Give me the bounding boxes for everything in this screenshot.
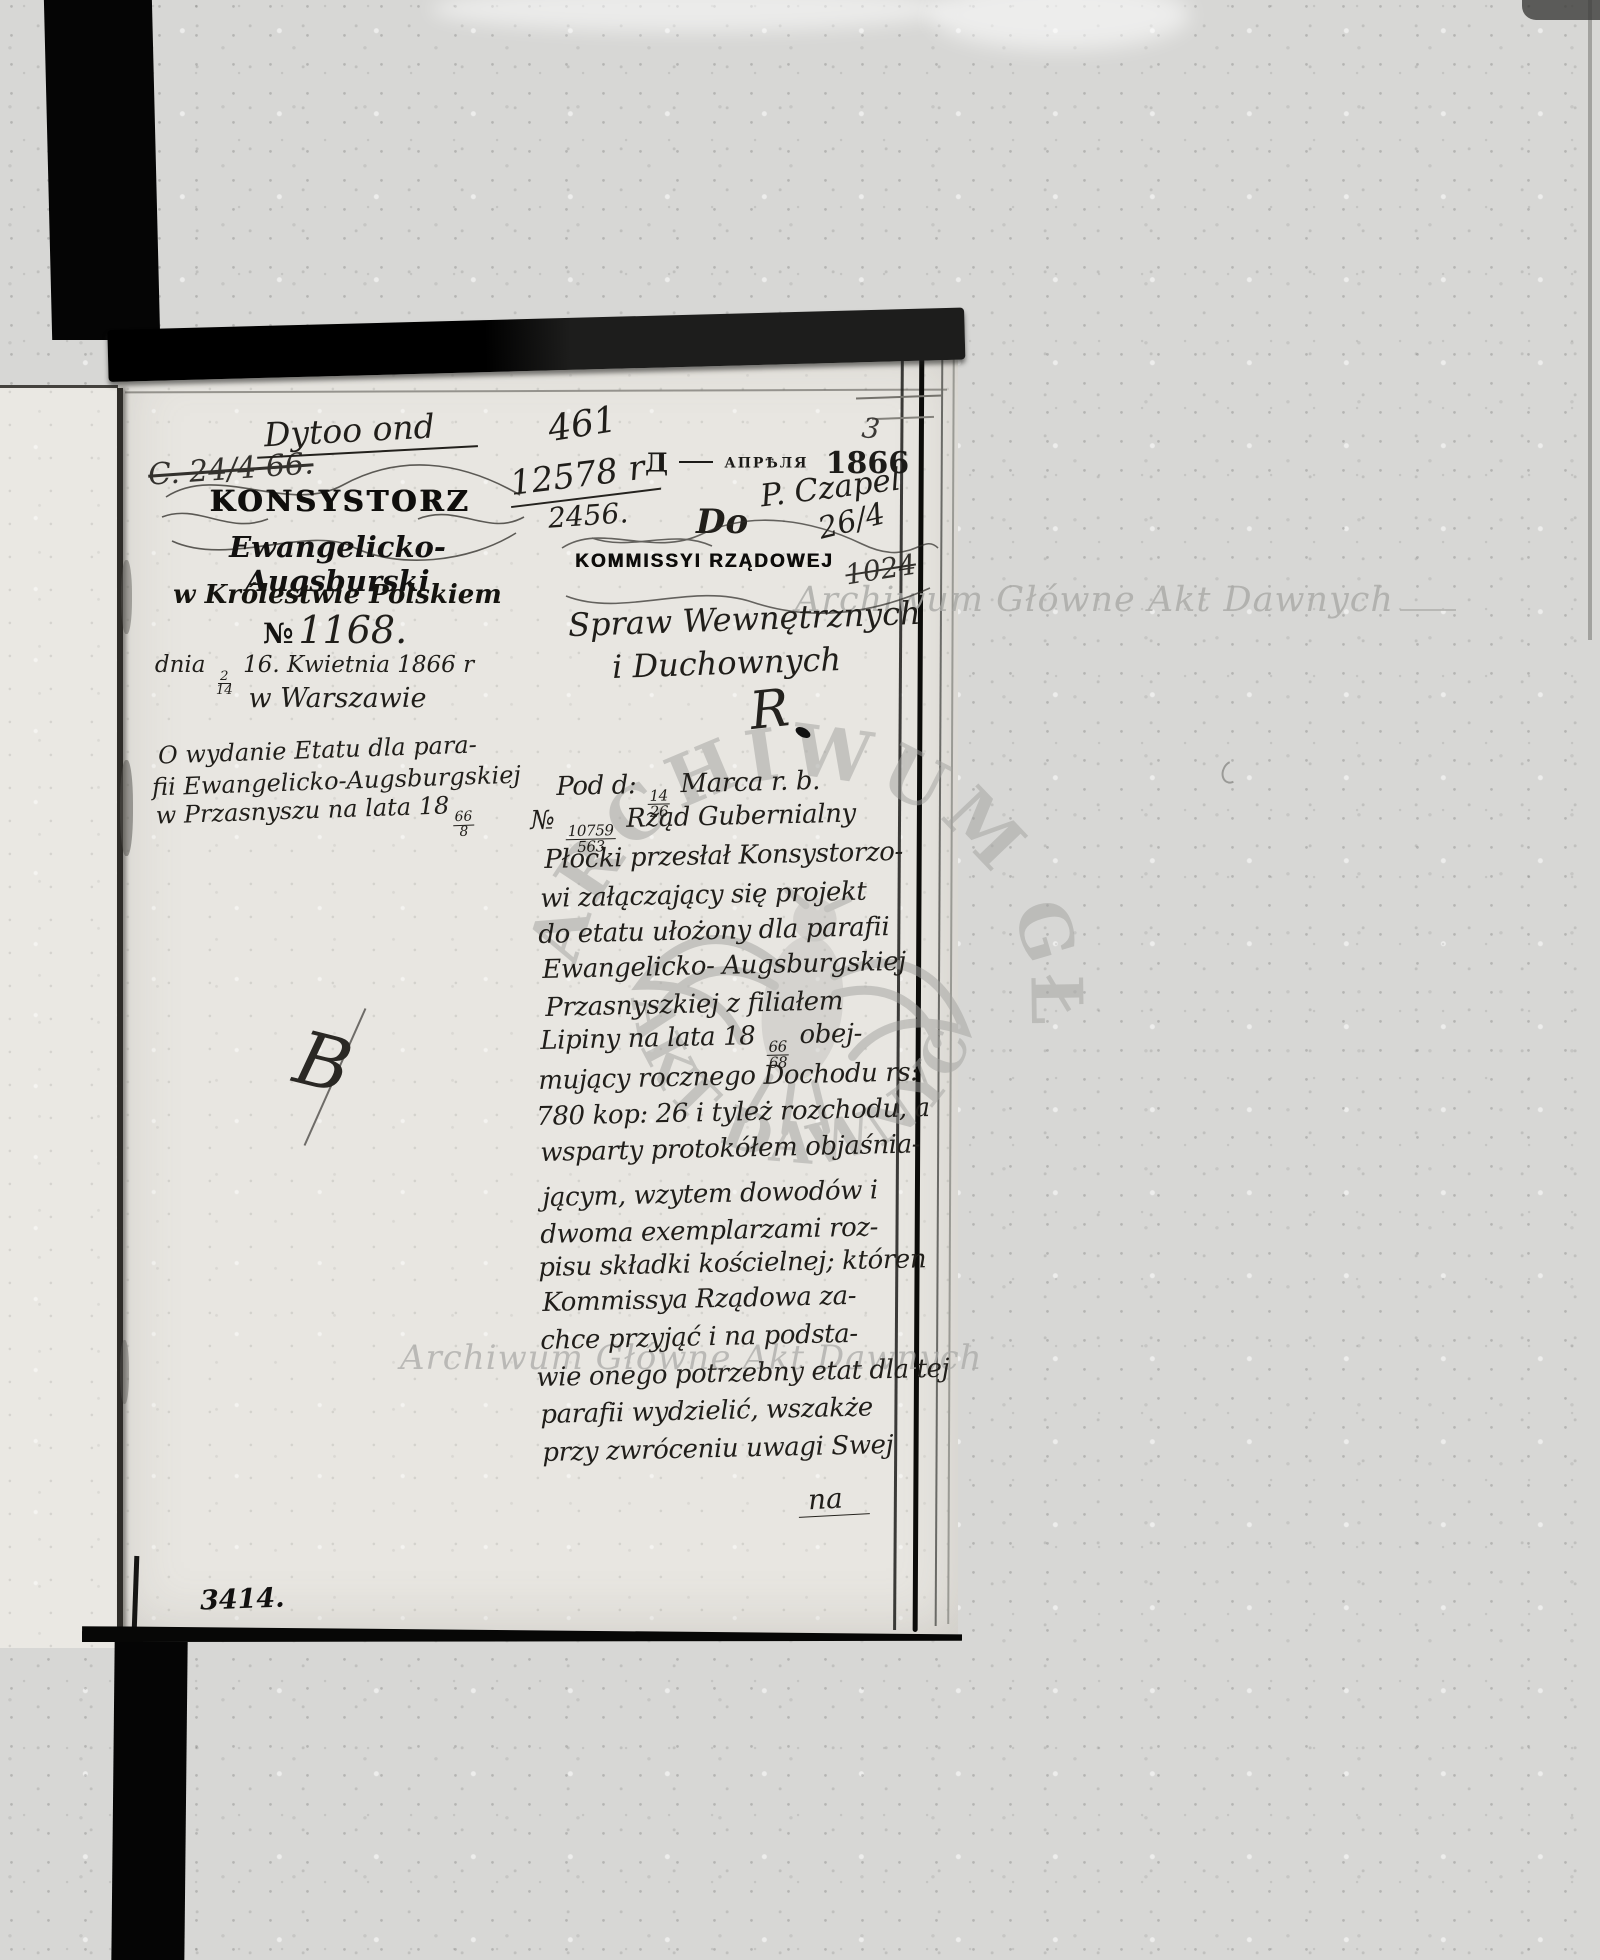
body-line-02-post: Rząd Gubernialny xyxy=(626,799,856,834)
address-to-text: Do xyxy=(696,502,748,542)
address-org-text: KOMMISSYI RZĄDOWEJ xyxy=(575,551,834,572)
film-edge-smudge xyxy=(1522,0,1600,20)
film-strip-top xyxy=(44,0,160,340)
stamp-extra-digit-text: 3 xyxy=(860,411,881,446)
body-line-01-pre: Pod d: xyxy=(556,770,637,802)
stamp-extra-digit: 3 xyxy=(860,411,881,446)
registry-mark-r: R xyxy=(747,678,792,742)
number-value: 1168. xyxy=(298,608,407,652)
subject-frac-bottom: 8 xyxy=(459,826,468,840)
microfilm-scan: Archiwum Główne Akt Dawnych Archiwum Głó… xyxy=(0,0,1600,1960)
date-stamp-prefix: Д xyxy=(645,449,668,479)
number-label: № xyxy=(263,617,293,650)
docket-lower-number: 2456. xyxy=(547,496,629,535)
date-stamp-dash xyxy=(679,461,713,463)
docket-lower-text: 2456. xyxy=(547,496,629,535)
watermark-underline xyxy=(1400,609,1456,611)
underlay-sheet-top-edge xyxy=(0,385,118,388)
body-line-01-post: Marca r. b. xyxy=(680,766,820,799)
place-text: w Warszawie xyxy=(248,683,426,714)
overexposure-streak xyxy=(430,0,950,32)
body-line-02-pre: № xyxy=(530,805,555,836)
body-line-08-pre: Lipiny na lata 18 xyxy=(540,1021,756,1056)
page-number-text: 3414. xyxy=(199,1583,285,1617)
stray-pen-mark xyxy=(1218,757,1245,787)
body-catchword-text: na xyxy=(807,1482,843,1517)
registry-mark-text: R xyxy=(747,678,792,742)
body-line-08-post: obej- xyxy=(799,1019,862,1050)
letterhead-org-line3: w Królestwie Polskiem xyxy=(160,580,515,610)
film-edge-line xyxy=(1588,0,1592,640)
dept-line-2-text: i Duchownych xyxy=(611,640,841,686)
date-post: 16. Kwietnia 1866 r xyxy=(243,652,474,678)
address-to: Do xyxy=(696,502,748,542)
org-name-text: KONSYSTORZ xyxy=(210,484,471,518)
letterhead-place-line: w Warszawie xyxy=(205,683,470,714)
subject-fraction: 668 xyxy=(452,811,475,841)
org-line3-text: w Królestwie Polskiem xyxy=(173,580,502,610)
underlay-sheet xyxy=(0,386,118,1648)
page-number-annotation: 3414. xyxy=(199,1583,285,1617)
date-pre: dnia xyxy=(155,652,206,678)
body-catchword: na xyxy=(797,1480,869,1518)
date-stamp-month: АПРѢЛЯ xyxy=(724,456,808,472)
film-strip-bottom xyxy=(111,1642,187,1960)
letterhead-number: № 1168. xyxy=(190,608,480,652)
overexposure-streak xyxy=(930,0,1190,50)
address-dept-line-2: i Duchownych xyxy=(611,640,841,686)
address-org-stamp: KOMMISSYI RZĄDOWEJ xyxy=(575,551,834,573)
letterhead-org-name: KONSYSTORZ xyxy=(170,484,510,518)
